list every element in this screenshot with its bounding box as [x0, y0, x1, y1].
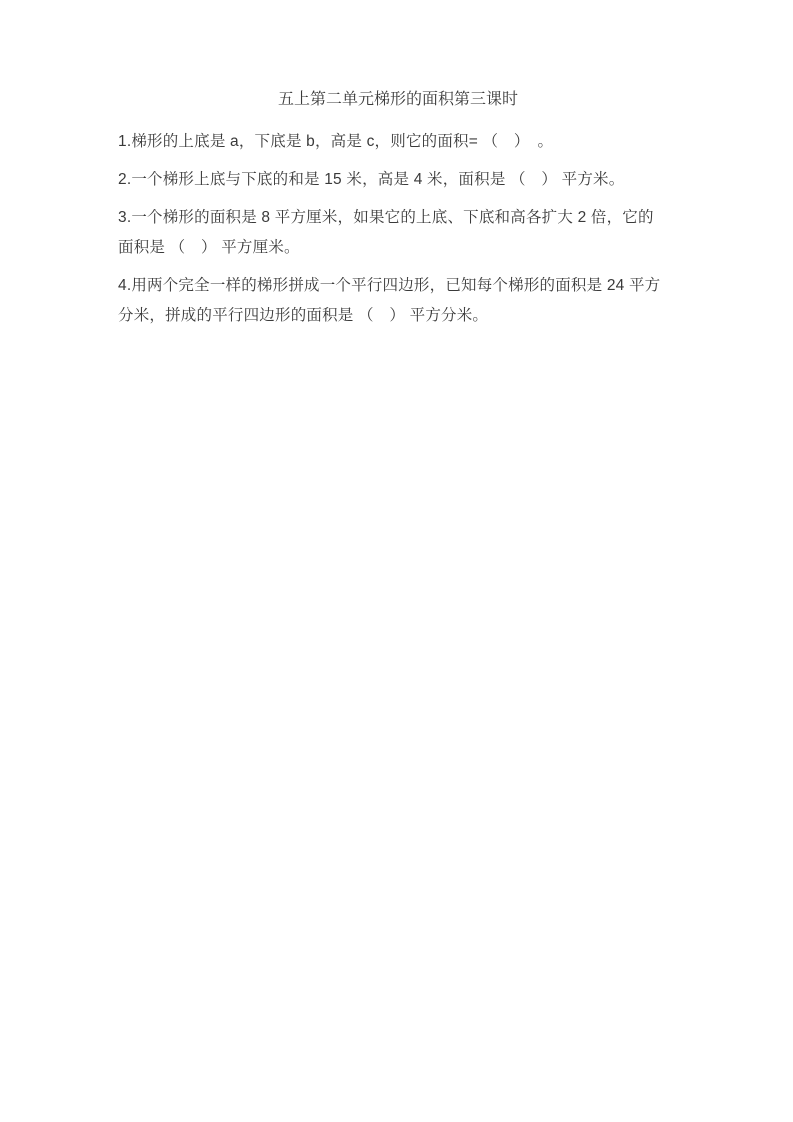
question-3: 3.一个梯形的面积是 8 平方厘米，如果它的上底、下底和高各扩大 2 倍，它的 …	[118, 203, 678, 263]
question-4-line-2: 分米，拼成的平行四边形的面积是 （ ） 平方分米。	[118, 301, 678, 331]
worksheet-content: 五上第二单元梯形的面积第三课时 1.梯形的上底是 a，下底是 b，高是 c，则它…	[118, 90, 678, 339]
question-4-line-1: 4.用两个完全一样的梯形拼成一个平行四边形，已知每个梯形的面积是 24 平方	[118, 271, 678, 301]
question-3-line-1: 3.一个梯形的面积是 8 平方厘米，如果它的上底、下底和高各扩大 2 倍，它的	[118, 203, 678, 233]
question-1: 1.梯形的上底是 a，下底是 b，高是 c，则它的面积= （ ） 。	[118, 127, 678, 157]
question-2-line-1: 2.一个梯形上底与下底的和是 15 米，高是 4 米，面积是 （ ） 平方米。	[118, 165, 678, 195]
question-3-line-2: 面积是 （ ） 平方厘米。	[118, 233, 678, 263]
question-4: 4.用两个完全一样的梯形拼成一个平行四边形，已知每个梯形的面积是 24 平方 分…	[118, 271, 678, 331]
worksheet-title: 五上第二单元梯形的面积第三课时	[118, 90, 678, 110]
question-2: 2.一个梯形上底与下底的和是 15 米，高是 4 米，面积是 （ ） 平方米。	[118, 165, 678, 195]
question-1-line-1: 1.梯形的上底是 a，下底是 b，高是 c，则它的面积= （ ） 。	[118, 127, 678, 157]
worksheet-page: 五上第二单元梯形的面积第三课时 1.梯形的上底是 a，下底是 b，高是 c，则它…	[0, 0, 793, 1122]
